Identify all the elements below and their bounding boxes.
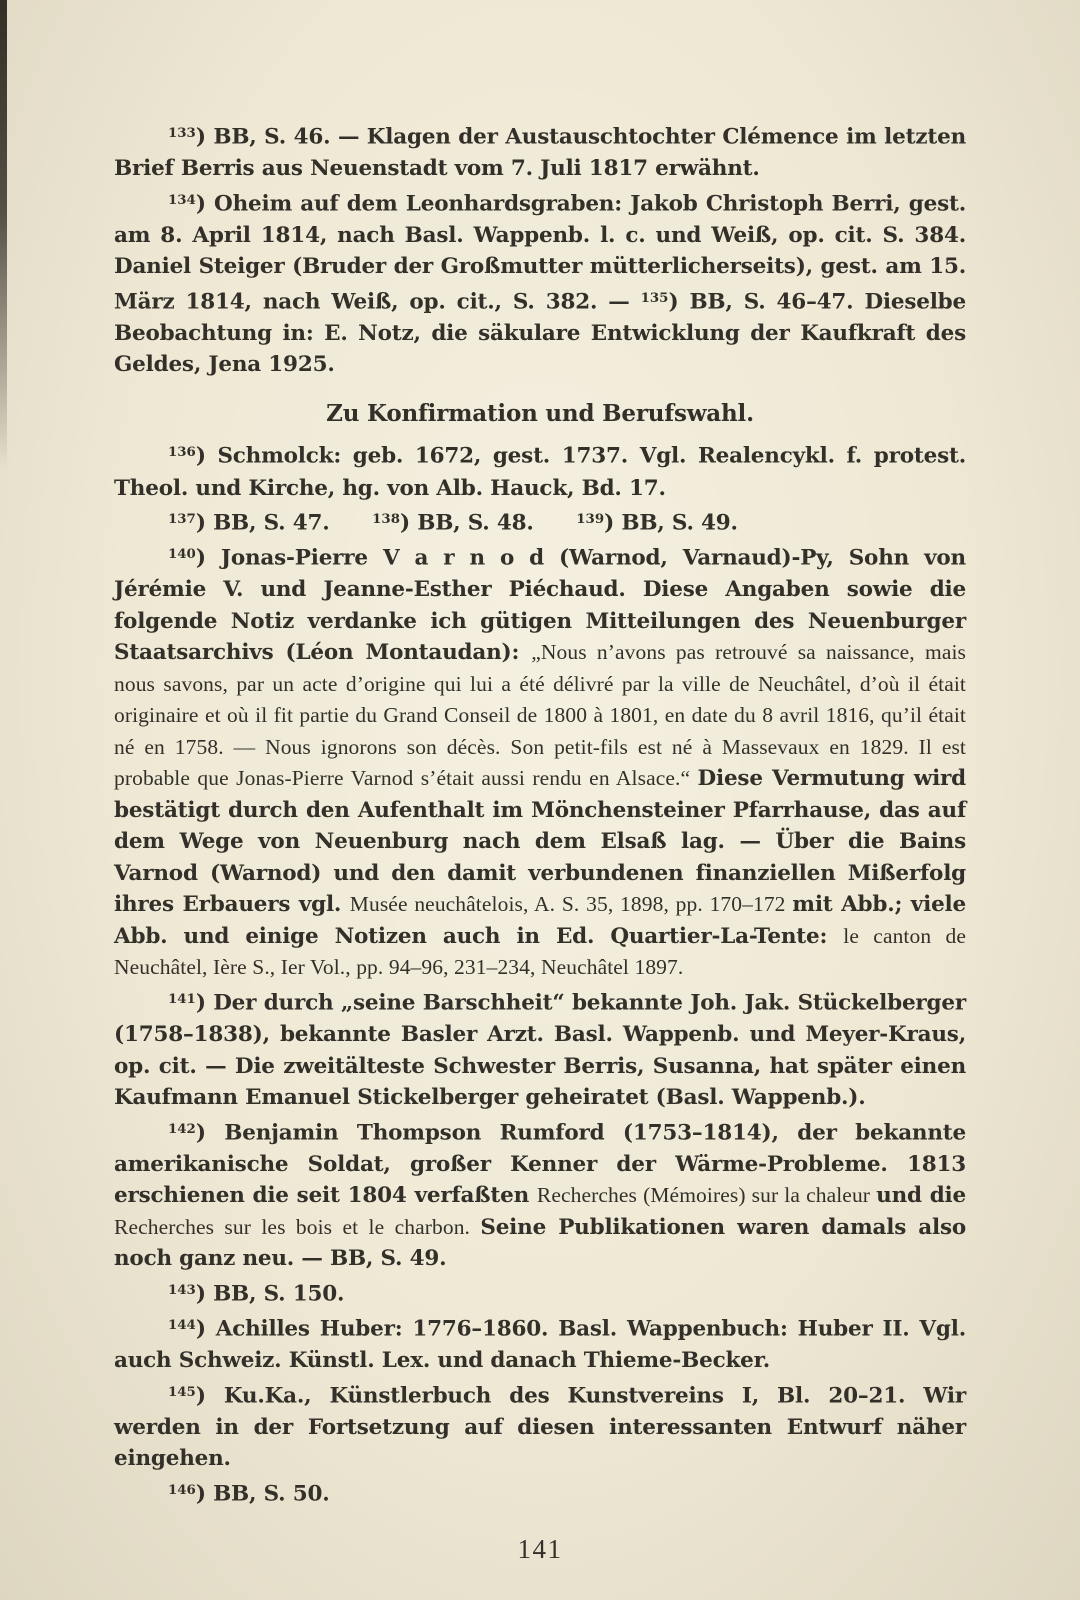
footnote-text-segment: ) BB, S. 47.: [196, 511, 372, 536]
footnote-text-segment: ) BB, S. 150.: [196, 1281, 344, 1306]
footnote-text-segment: ) Ku.Ka., Künstlerbuch des Kunstvereins …: [114, 1383, 966, 1471]
footnote-text-segment: ) Der durch „seine Barschheit“ bekannte …: [114, 991, 966, 1111]
footnote-marker: 141: [168, 991, 196, 1007]
footnote-134: 134) Oheim auf dem Leonhardsgraben: Jako…: [114, 185, 966, 381]
footnote-marker: 142: [168, 1121, 196, 1137]
footnote-marker: 140: [168, 546, 196, 562]
footnote-136: 136) Schmolck: geb. 1672, gest. 1737. Vg…: [114, 437, 966, 504]
footnote-marker: 137: [168, 511, 196, 527]
footnote-142: 142) Benjamin Thompson Rumford (1753–181…: [114, 1114, 966, 1275]
footnote-text-segment-french: Recherches sur les bois et le charbon.: [114, 1215, 480, 1239]
footnote-text-segment: ) BB, S. 50.: [196, 1481, 330, 1506]
scanned-book-page: 133) BB, S. 46. — Klagen der Austauschto…: [0, 0, 1080, 1600]
page-number: 141: [114, 1534, 966, 1566]
footnote-text-segment: ) BB, S. 46. — Klagen der Austauschtocht…: [114, 125, 966, 182]
footnote-marker: 136: [168, 444, 196, 460]
footnote-text-segment: ) BB, S. 49.: [604, 511, 738, 536]
footnotes-block: 133) BB, S. 46. — Klagen der Austauschto…: [114, 118, 966, 1565]
footnote-marker: 146: [168, 1482, 196, 1498]
footnote-marker: 133: [168, 125, 196, 141]
footnote-text-segment: ) BB, S. 48.: [400, 511, 576, 536]
footnote-143: 143) BB, S. 150.: [114, 1275, 966, 1310]
footnote-133: 133) BB, S. 46. — Klagen der Austauschto…: [114, 118, 966, 185]
footnote-text-segment: ) Achilles Huber: 1776–1860. Basl. Wappe…: [114, 1317, 966, 1374]
footnote-text-segment: und die: [876, 1183, 966, 1208]
footnote-141: 141) Der durch „seine Barschheit“ bekann…: [114, 984, 966, 1114]
footnote-marker: 145: [168, 1384, 196, 1400]
footnote-marker: 135: [641, 290, 669, 306]
section-heading: Zu Konfirmation und Berufswahl.: [114, 398, 966, 430]
footnote-marker: 138: [372, 511, 400, 527]
footnote-marker: 134: [168, 192, 196, 208]
footnote-137-139: 137) BB, S. 47. 138) BB, S. 48. 139) BB,…: [114, 504, 966, 539]
footnote-text-segment: ) Schmolck: geb. 1672, gest. 1737. Vgl. …: [114, 444, 966, 501]
footnote-140: 140) Jonas-Pierre V a r n o d (Warnod, V…: [114, 539, 966, 984]
footnote-144: 144) Achilles Huber: 1776–1860. Basl. Wa…: [114, 1310, 966, 1377]
footnote-text-segment-french: Recherches (Mémoires) sur la chaleur: [537, 1183, 876, 1207]
footnote-marker: 139: [576, 511, 604, 527]
scan-edge-artifact: [0, 0, 7, 470]
footnote-marker: 144: [168, 1317, 196, 1333]
footnote-146: 146) BB, S. 50.: [114, 1475, 966, 1510]
footnote-marker: 143: [168, 1282, 196, 1298]
footnote-145: 145) Ku.Ka., Künstlerbuch des Kunstverei…: [114, 1377, 966, 1475]
footnote-text-segment-french: Musée neuchâtelois, A. S. 35, 1898, pp. …: [350, 892, 793, 916]
